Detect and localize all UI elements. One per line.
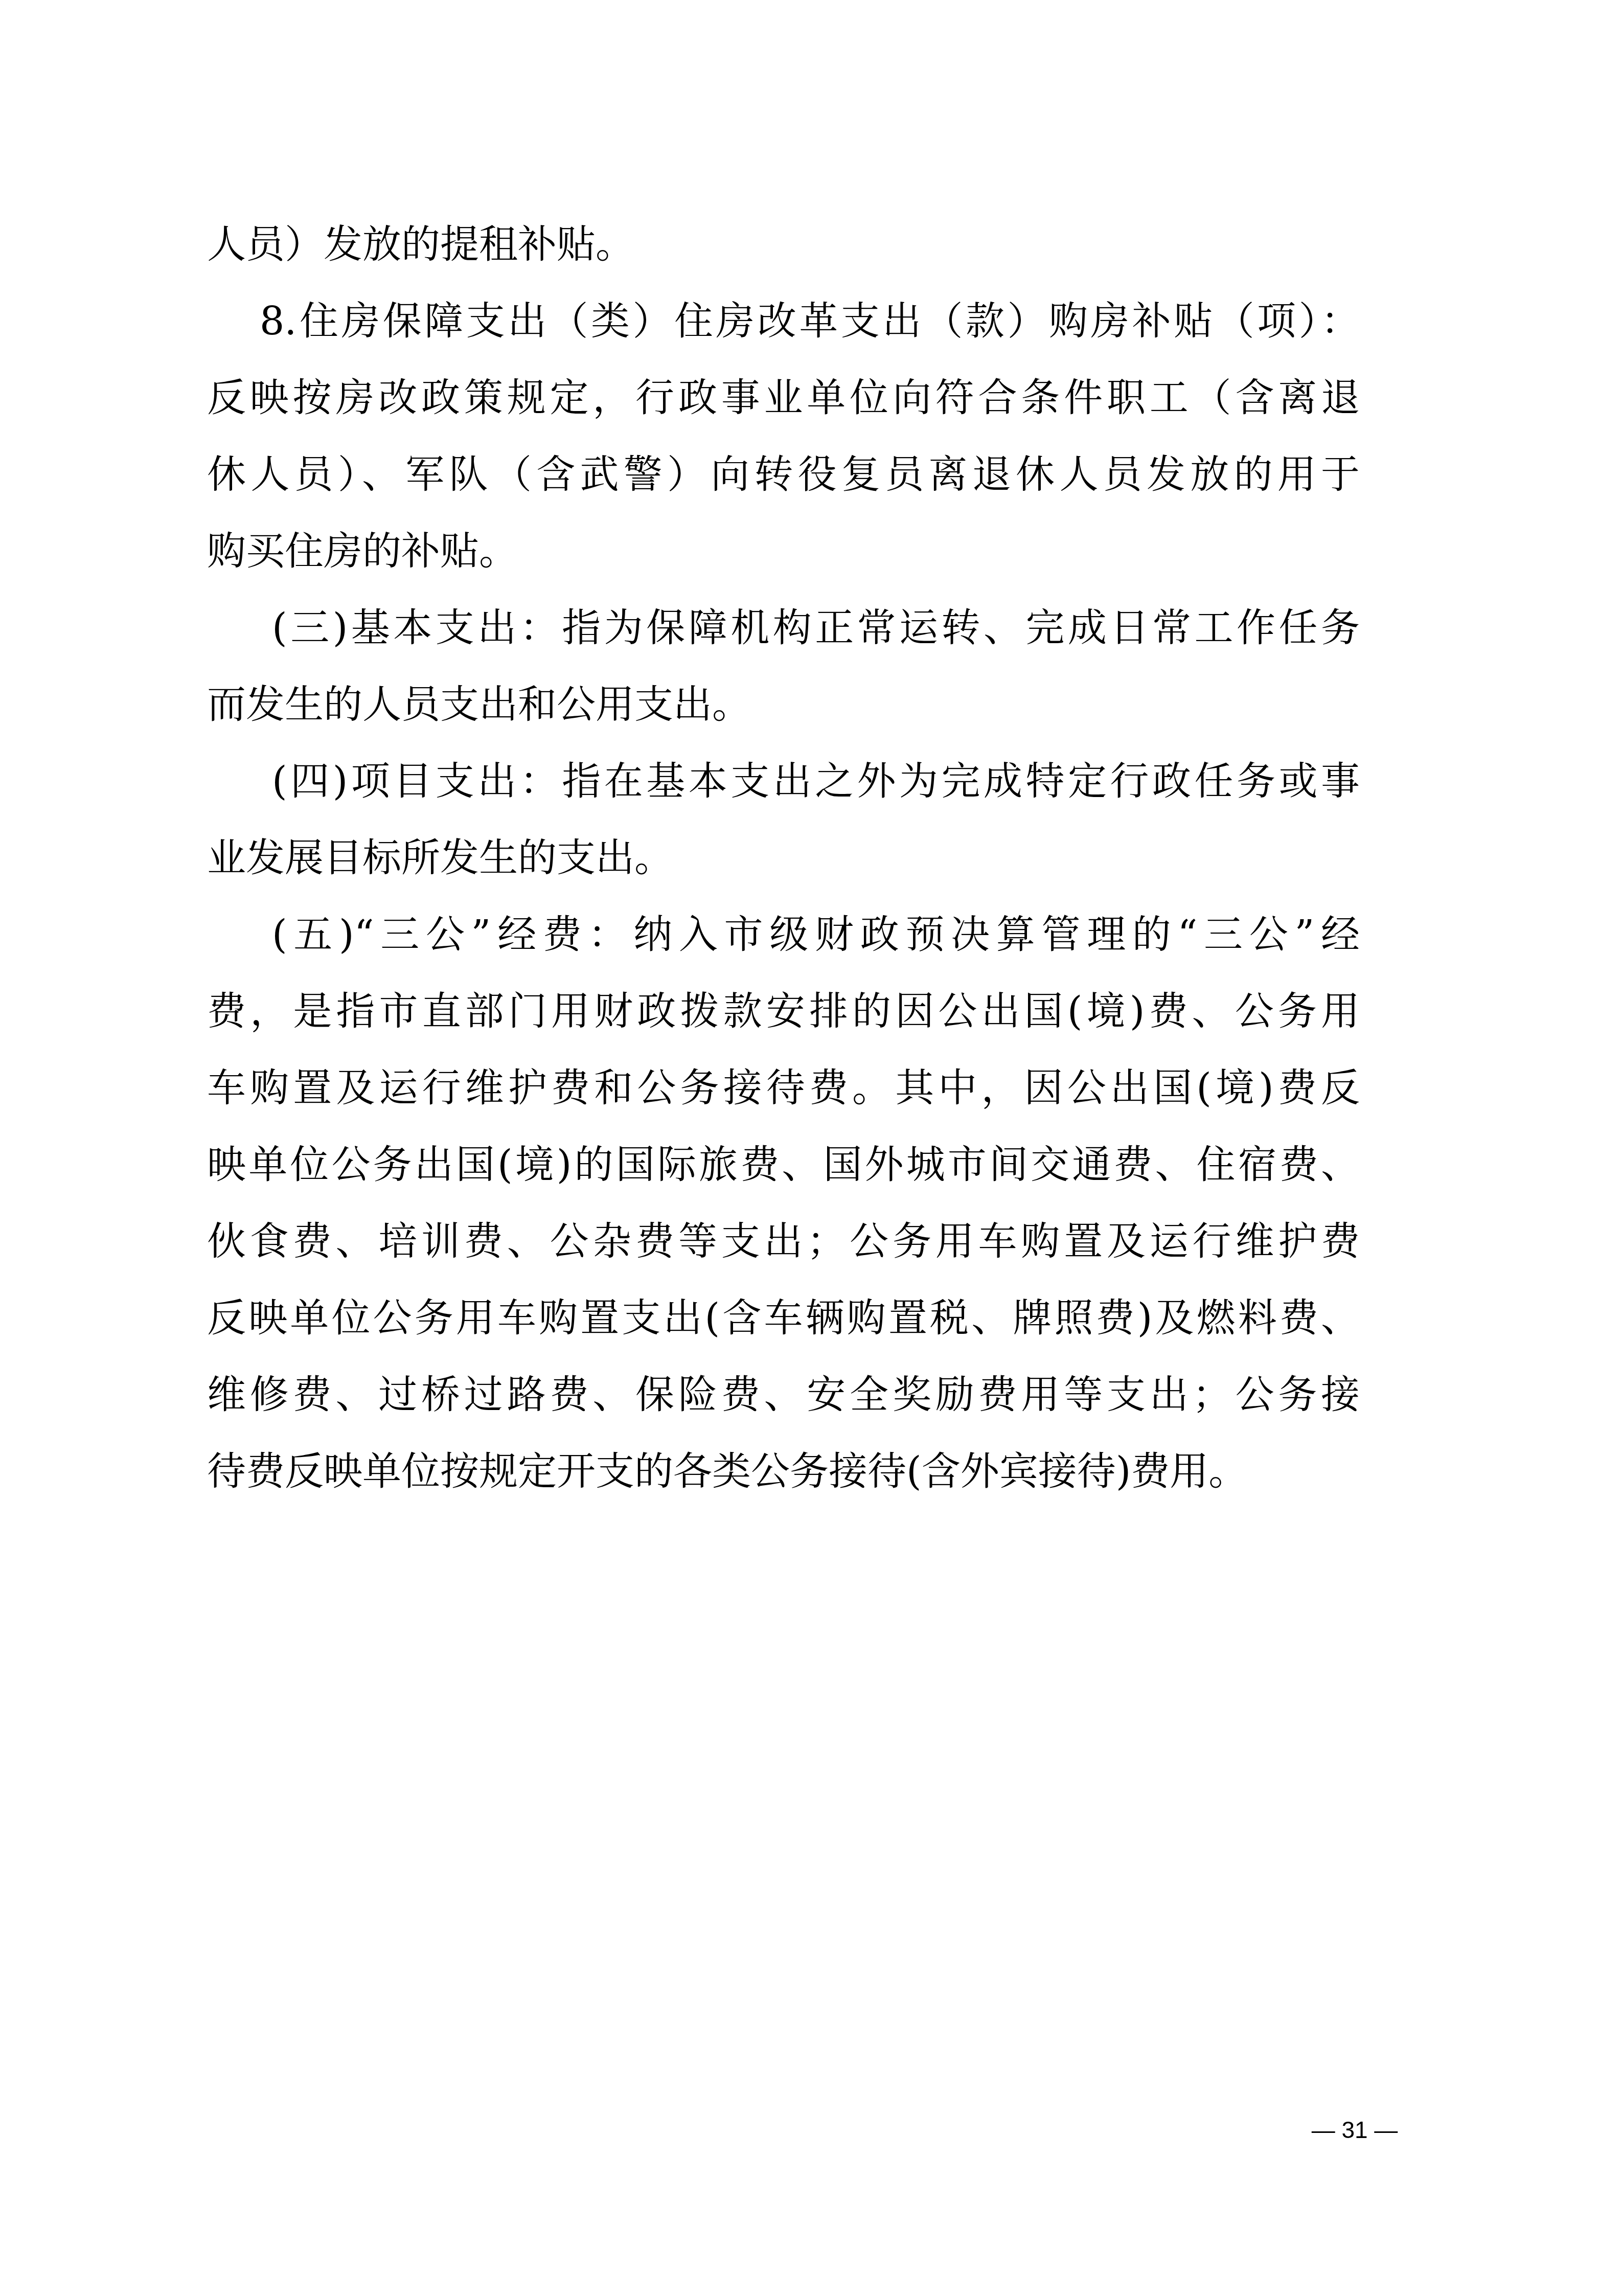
- text-line: 购买住房的补贴。: [207, 513, 1360, 589]
- text-line: 8.住房保障支出（类）住房改革支出（款）购房补贴（项）：: [207, 283, 1360, 359]
- text-line: 映单位公务出国(境)的国际旅费、国外城市间交通费、住宿费、: [207, 1126, 1360, 1203]
- text-line: 费，是指市直部门用财政拨款安排的因公出国(境)费、公务用: [207, 973, 1360, 1050]
- text-line: 待费反映单位按规定开支的各类公务接待(含外宾接待)费用。: [207, 1433, 1360, 1510]
- text-line: 伙食费、培训费、公杂费等支出；公务用车购置及运行维护费: [207, 1203, 1360, 1280]
- text-line: 休人员）、军队（含武警）向转役复员离退休人员发放的用于: [207, 436, 1360, 513]
- page-number: — 31 —: [1278, 2115, 1431, 2145]
- text-line: 业发展目标所发生的支出。: [207, 820, 1360, 896]
- text-line: (五)“三公”经费：纳入市级财政预决算管理的“三公”经: [207, 896, 1360, 973]
- text-line: 维修费、过桥过路费、保险费、安全奖励费用等支出；公务接: [207, 1356, 1360, 1433]
- text-line: (三)基本支出：指为保障机构正常运转、完成日常工作任务: [207, 589, 1360, 666]
- text-line: (四)项目支出：指在基本支出之外为完成特定行政任务或事: [207, 743, 1360, 820]
- text-line: 而发生的人员支出和公用支出。: [207, 666, 1360, 743]
- document-page: 人员）发放的提租补贴。 8.住房保障支出（类）住房改革支出（款）购房补贴（项）：…: [0, 0, 1622, 2296]
- text-line: 反映按房改政策规定，行政事业单位向符合条件职工（含离退: [207, 359, 1360, 436]
- text-line: 人员）发放的提租补贴。: [207, 206, 1360, 283]
- text-line: 反映单位公务用车购置支出(含车辆购置税、牌照费)及燃料费、: [207, 1280, 1360, 1356]
- text-line: 车购置及运行维护费和公务接待费。其中，因公出国(境)费反: [207, 1050, 1360, 1126]
- text-block: 人员）发放的提租补贴。 8.住房保障支出（类）住房改革支出（款）购房补贴（项）：…: [207, 206, 1360, 1510]
